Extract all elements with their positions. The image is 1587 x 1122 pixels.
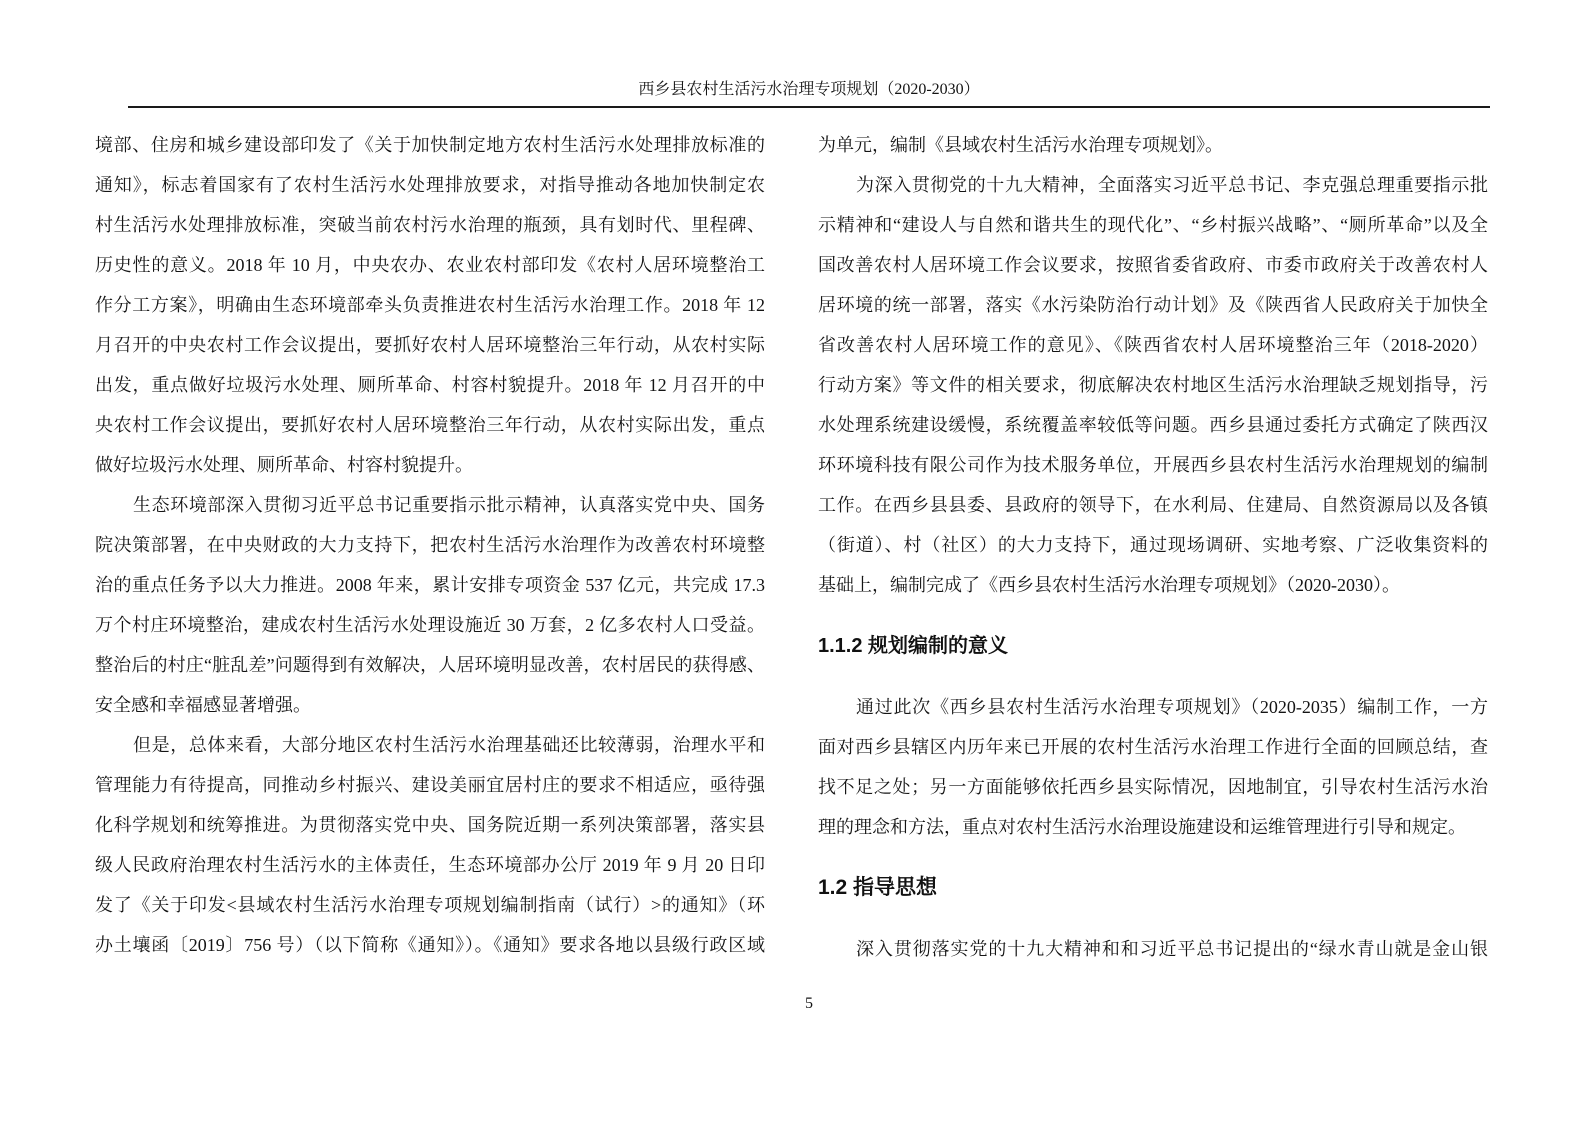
- text-line: 为单元，编制《县域农村生活污水治理专项规划》。: [818, 125, 1488, 165]
- text-line: 通过此次《西乡县农村生活污水治理专项规划》（2020-2035）编制工作，一方: [818, 687, 1488, 727]
- text-line: 通知》，标志着国家有了农村生活污水处理排放要求，对指导推动各地加快制定农: [95, 165, 765, 205]
- text-line: 境部、住房和城乡建设部印发了《关于加快制定地方农村生活污水处理排放标准的: [95, 125, 765, 165]
- text-line: 万个村庄环境整治，建成农村生活污水处理设施近 30 万套，2 亿多农村人口受益。: [95, 605, 765, 645]
- text-line: 工作。在西乡县县委、县政府的领导下，在水利局、住建局、自然资源局以及各镇: [818, 485, 1488, 525]
- text-line: 院决策部署，在中央财政的大力支持下，把农村生活污水治理作为改善农村环境整: [95, 525, 765, 565]
- text-line: 作分工方案》，明确由生态环境部牵头负责推进农村生活污水治理工作。2018 年 1…: [95, 285, 765, 325]
- text-line: 管理能力有待提高，同推动乡村振兴、建设美丽宜居村庄的要求不相适应，亟待强: [95, 765, 765, 805]
- text-line: 深入贯彻落实党的十九大精神和和习近平总书记提出的“绿水青山就是金山银: [818, 929, 1488, 969]
- text-line: 水处理系统建设缓慢，系统覆盖率较低等问题。西乡县通过委托方式确定了陕西汉: [818, 405, 1488, 445]
- text-line: 历史性的意义。2018 年 10 月，中央农办、农业农村部印发《农村人居环境整治…: [95, 245, 765, 285]
- text-columns: 境部、住房和城乡建设部印发了《关于加快制定地方农村生活污水处理排放标准的通知》，…: [95, 125, 1488, 969]
- text-line: 办土壤函〔2019〕756 号）（以下简称《通知》）。《通知》要求各地以县级行政…: [95, 925, 765, 965]
- text-line: 找不足之处；另一方面能够依托西乡县实际情况，因地制宜，引导农村生活污水治: [818, 767, 1488, 807]
- page-number: 5: [805, 995, 813, 1012]
- text-line: 行动方案》等文件的相关要求，彻底解决农村地区生活污水治理缺乏规划指导，污: [818, 365, 1488, 405]
- text-line: 居环境的统一部署，落实《水污染防治行动计划》及《陕西省人民政府关于加快全: [818, 285, 1488, 325]
- text-line: 化科学规划和统筹推进。为贯彻落实党中央、国务院近期一系列决策部署，落实县: [95, 805, 765, 845]
- text-line: 级人民政府治理农村生活污水的主体责任，生态环境部办公厅 2019 年 9 月 2…: [95, 845, 765, 885]
- text-line: 理的理念和方法，重点对农村生活污水治理设施建设和运维管理进行引导和规定。: [818, 807, 1488, 847]
- text-line: 安全感和幸福感显著增强。: [95, 685, 765, 725]
- section-heading: 1.2 指导思想: [818, 873, 1488, 903]
- text-line: 村生活污水处理排放标准，突破当前农村污水治理的瓶颈，具有划时代、里程碑、: [95, 205, 765, 245]
- text-line: 整治后的村庄“脏乱差”问题得到有效解决，人居环境明显改善，农村居民的获得感、: [95, 645, 765, 685]
- text-line: 为深入贯彻党的十九大精神，全面落实习近平总书记、李克强总理重要指示批: [818, 165, 1488, 205]
- text-line: （街道）、村（社区）的大力支持下，通过现场调研、实地考察、广泛收集资料的: [818, 525, 1488, 565]
- column-left: 境部、住房和城乡建设部印发了《关于加快制定地方农村生活污水处理排放标准的通知》，…: [95, 125, 765, 969]
- header-title: 西乡县农村生活污水治理专项规划（2020-2030）: [128, 80, 1490, 100]
- document-page: 西乡县农村生活污水治理专项规划（2020-2030） 境部、住房和城乡建设部印发…: [0, 0, 1587, 1122]
- text-line: 治的重点任务予以大力推进。2008 年来，累计安排专项资金 537 亿元，共完成…: [95, 565, 765, 605]
- text-line: 基础上，编制完成了《西乡县农村生活污水治理专项规划》（2020-2030）。: [818, 565, 1488, 605]
- paragraph: 境部、住房和城乡建设部印发了《关于加快制定地方农村生活污水处理排放标准的通知》，…: [95, 125, 765, 485]
- text-line: 环环境科技有限公司作为技术服务单位，开展西乡县农村生活污水治理规划的编制: [818, 445, 1488, 485]
- text-line: 示精神和“建设人与自然和谐共生的现代化”、“乡村振兴战略”、“厕所革命”以及全: [818, 205, 1488, 245]
- text-line: 面对西乡县辖区内历年来已开展的农村生活污水治理工作进行全面的回顾总结，查: [818, 727, 1488, 767]
- paragraph: 为深入贯彻党的十九大精神，全面落实习近平总书记、李克强总理重要指示批示精神和“建…: [818, 165, 1488, 605]
- text-line: 月召开的中央农村工作会议提出，要抓好农村人居环境整治三年行动，从农村实际: [95, 325, 765, 365]
- paragraph: 为单元，编制《县域农村生活污水治理专项规划》。: [818, 125, 1488, 165]
- text-line: 国改善农村人居环境工作会议要求，按照省委省政府、市委市政府关于改善农村人: [818, 245, 1488, 285]
- header-rule: [128, 106, 1490, 108]
- page-footer: 5: [128, 995, 1490, 1013]
- text-line: 省改善农村人居环境工作的意见》、《陕西省农村人居环境整治三年（2018-2020…: [818, 325, 1488, 365]
- text-line: 发了《关于印发<县域农村生活污水治理专项规划编制指南（试行）>的通知》（环: [95, 885, 765, 925]
- text-line: 做好垃圾污水处理、厕所革命、村容村貌提升。: [95, 445, 765, 485]
- paragraph: 深入贯彻落实党的十九大精神和和习近平总书记提出的“绿水青山就是金山银: [818, 929, 1488, 969]
- text-line: 但是，总体来看，大部分地区农村生活污水治理基础还比较薄弱，治理水平和: [95, 725, 765, 765]
- section-heading: 1.1.2 规划编制的意义: [818, 631, 1488, 661]
- text-line: 出发，重点做好垃圾污水处理、厕所革命、村容村貌提升。2018 年 12 月召开的…: [95, 365, 765, 405]
- text-line: 央农村工作会议提出，要抓好农村人居环境整治三年行动，从农村实际出发，重点: [95, 405, 765, 445]
- text-line: 生态环境部深入贯彻习近平总书记重要指示批示精神，认真落实党中央、国务: [95, 485, 765, 525]
- paragraph: 生态环境部深入贯彻习近平总书记重要指示批示精神，认真落实党中央、国务院决策部署，…: [95, 485, 765, 725]
- paragraph: 通过此次《西乡县农村生活污水治理专项规划》（2020-2035）编制工作，一方面…: [818, 687, 1488, 847]
- paragraph: 但是，总体来看，大部分地区农村生活污水治理基础还比较薄弱，治理水平和管理能力有待…: [95, 725, 765, 965]
- column-right: 为单元，编制《县域农村生活污水治理专项规划》。为深入贯彻党的十九大精神，全面落实…: [818, 125, 1488, 969]
